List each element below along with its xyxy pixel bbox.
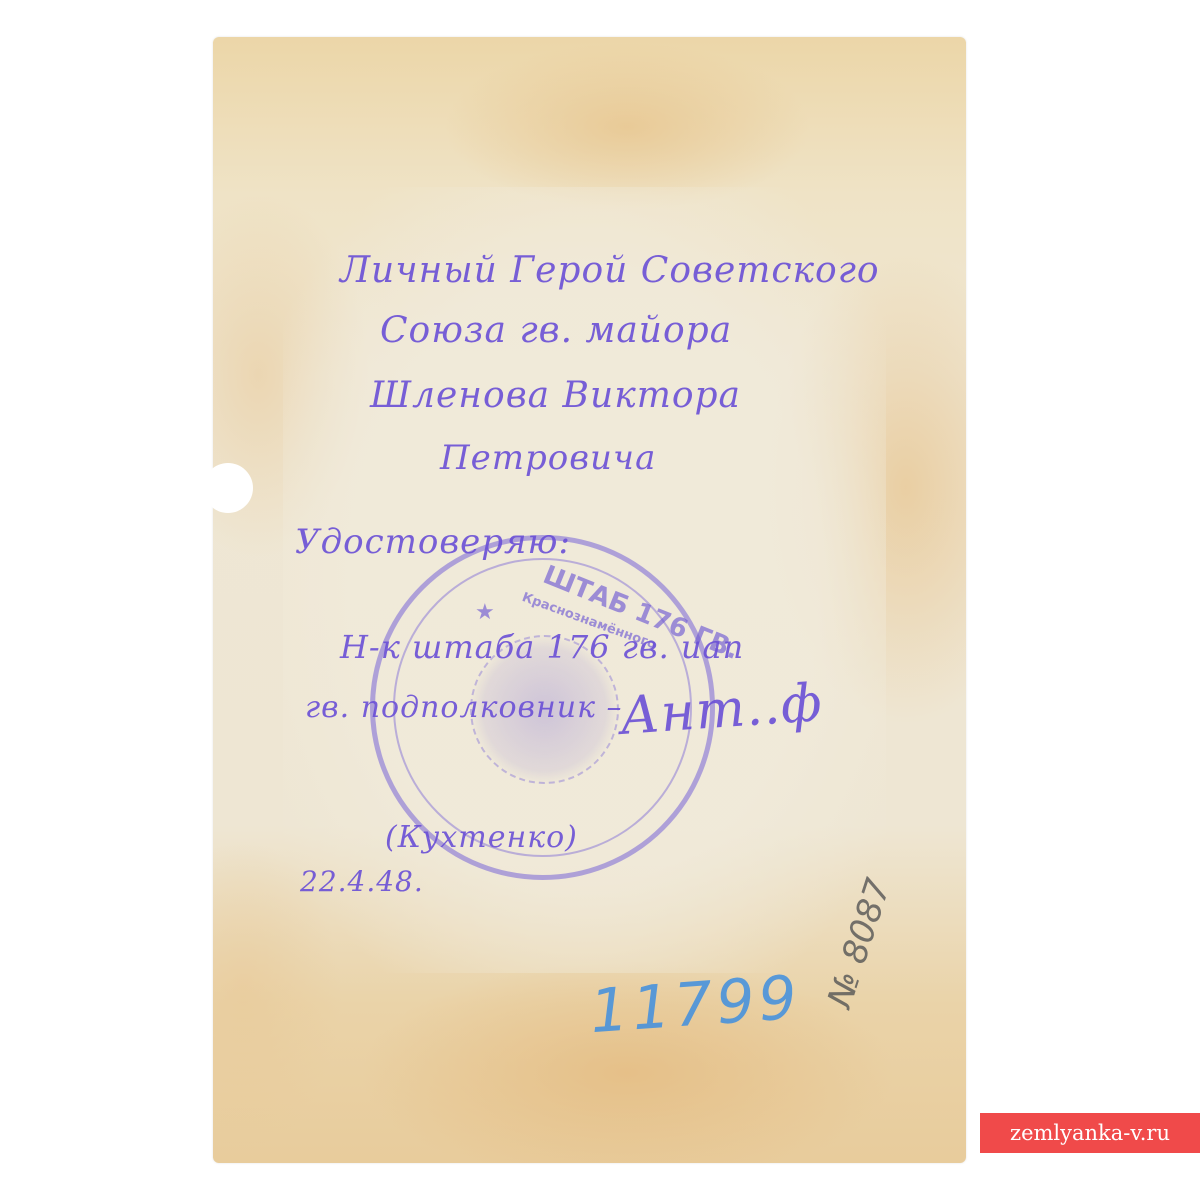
- archive-number: 11799: [588, 963, 803, 1048]
- star-icon: ★: [475, 600, 495, 625]
- card-notch: [203, 463, 253, 513]
- inscription-line-3: Шленова Виктора: [370, 375, 741, 416]
- inscription-line-4: Петровича: [440, 438, 656, 478]
- inscription-line-1: Личный Герой Советского: [340, 250, 880, 291]
- inscription-line-7: гв. подполковник –: [305, 690, 623, 725]
- inscription-line-5: Удостоверяю:: [295, 522, 571, 562]
- inscription-line-8: (Кухтенко): [385, 820, 578, 855]
- inscription-line-2: Союза гв. майора: [380, 310, 732, 351]
- inscription-line-6: Н-к штаба 176 гв. иап: [340, 628, 744, 666]
- inscription-date: 22.4.48.: [300, 865, 424, 898]
- site-watermark: zemlyanka-v.ru: [980, 1113, 1200, 1153]
